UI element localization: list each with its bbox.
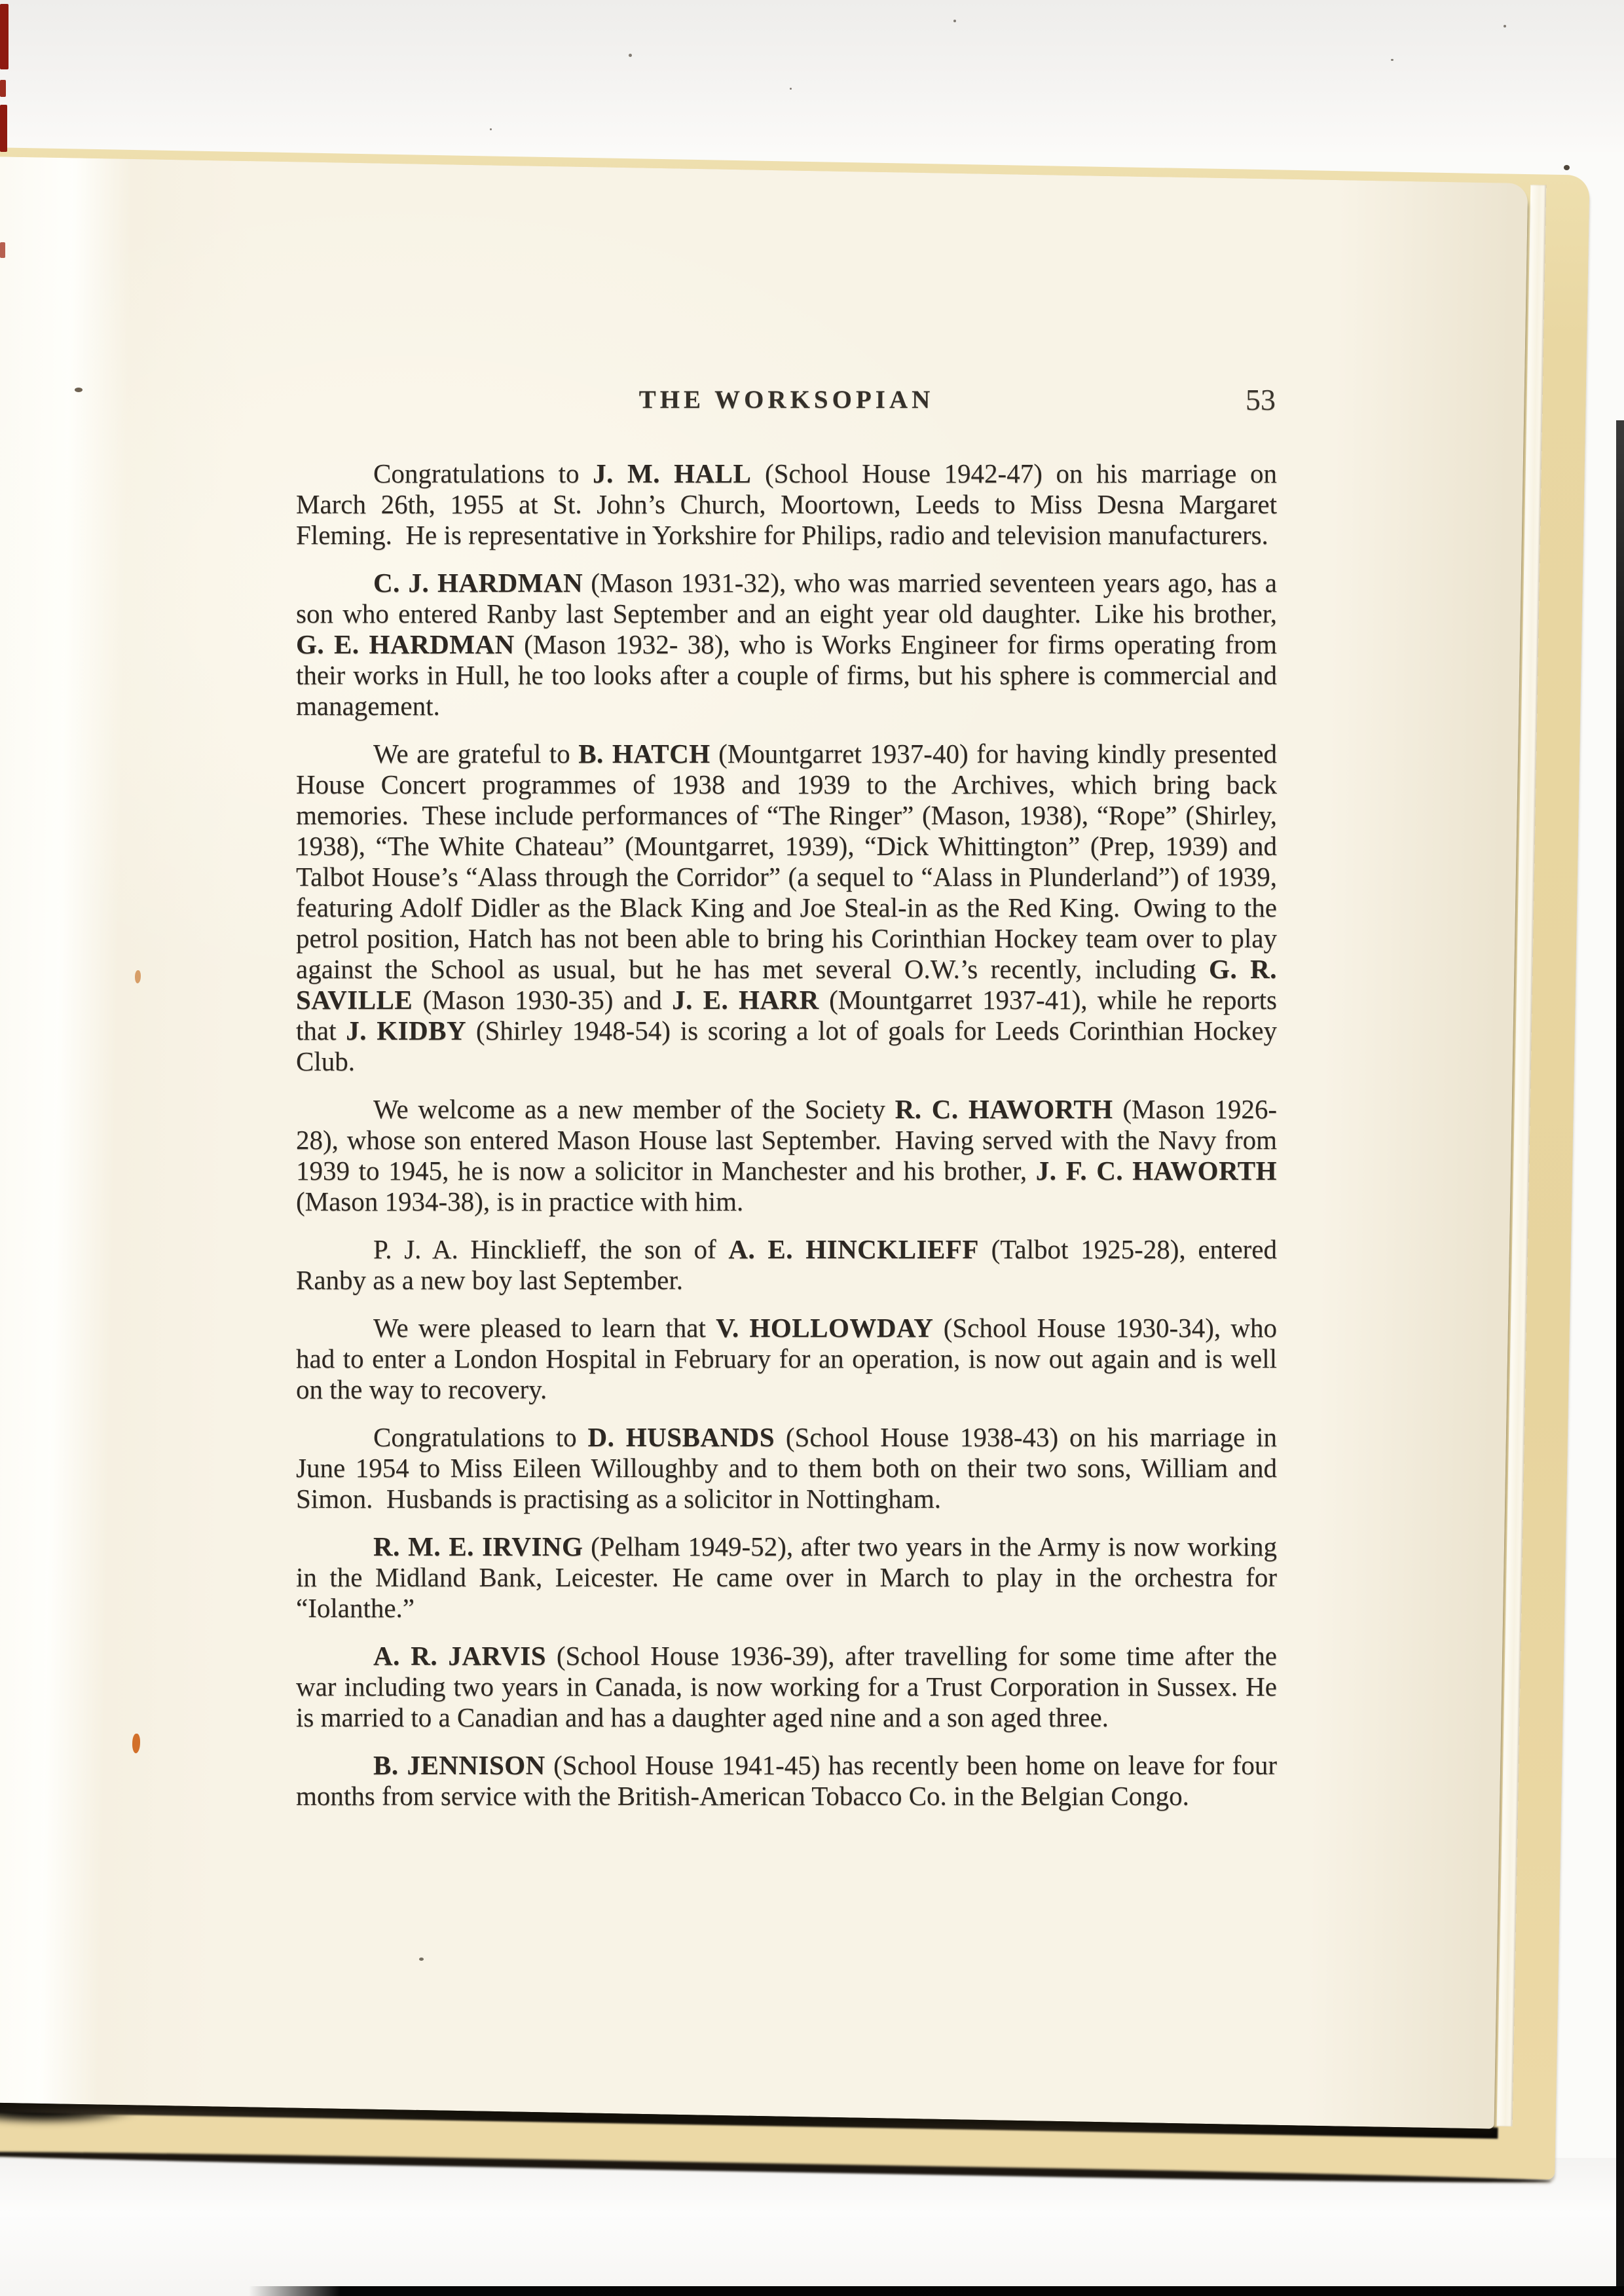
news-paragraph: We welcome as a new member of the Societ… xyxy=(296,1094,1277,1217)
paragraph-text: We were pleased to learn that xyxy=(373,1313,716,1343)
old-worksopian-name: V. HOLLOWDAY xyxy=(716,1313,933,1343)
scan-right-edge xyxy=(1616,420,1624,2296)
dust-speck xyxy=(629,54,632,57)
old-worksopian-name: J. M. HALL xyxy=(593,458,751,488)
dust-speck xyxy=(490,128,492,130)
scan-bottom-edge xyxy=(0,2286,1624,2296)
small-mark xyxy=(419,1958,424,1961)
running-head: THE WORKSOPIAN 53 xyxy=(296,385,1277,424)
news-paragraph: A. R. JARVIS (School House 1936-39), aft… xyxy=(296,1641,1277,1733)
news-paragraph: Congratulations to J. M. HALL (School Ho… xyxy=(296,458,1277,551)
ink-blot xyxy=(75,388,83,392)
old-worksopian-name: J. KIDBY xyxy=(346,1015,466,1046)
dust-speck xyxy=(953,20,956,22)
paragraph-text: Congratulations to xyxy=(373,1422,588,1452)
news-column: Congratulations to J. M. HALL (School Ho… xyxy=(296,458,1277,1829)
dust-speck xyxy=(1391,59,1393,61)
old-worksopian-name: B. JENNISON xyxy=(373,1750,545,1780)
news-paragraph: C. J. HARDMAN (Mason 1931-32), who was m… xyxy=(296,568,1277,721)
paragraph-text: We are grateful to xyxy=(373,738,578,769)
old-worksopian-name: J. E. HARR xyxy=(672,985,819,1015)
page-title: THE WORKSOPIAN xyxy=(296,385,1277,414)
news-paragraph: B. JENNISON (School House 1941-45) has r… xyxy=(296,1750,1277,1812)
news-paragraph: P. J. A. Hincklieff, the son of A. E. HI… xyxy=(296,1234,1277,1296)
old-worksopian-name: R. C. HAWORTH xyxy=(895,1094,1113,1124)
old-worksopian-name: A. E. HINCKLIEFF xyxy=(728,1234,979,1264)
dust-speck xyxy=(790,88,792,90)
old-worksopian-name: B. HATCH xyxy=(578,738,710,769)
paragraph-text: (Mason 1934-38), is in practice with him… xyxy=(296,1186,743,1216)
news-paragraph: We are grateful to B. HATCH (Mountgarret… xyxy=(296,738,1277,1077)
news-paragraph: Congratulations to D. HUSBANDS (School H… xyxy=(296,1422,1277,1514)
old-worksopian-name: A. R. JARVIS xyxy=(373,1641,546,1671)
cover-corner-damage-speck xyxy=(1564,165,1570,170)
paragraph-text: (Mason 1930-35) and xyxy=(413,985,672,1015)
old-worksopian-name: G. E. HARDMAN xyxy=(296,629,515,659)
old-worksopian-name: D. HUSBANDS xyxy=(588,1422,775,1452)
dust-speck xyxy=(1504,25,1506,27)
red-cover-mark xyxy=(0,242,5,258)
paragraph-text: (Mountgarret 1937-40) for having kindly … xyxy=(296,738,1277,984)
old-worksopian-name: J. F. C. HAWORTH xyxy=(1036,1156,1277,1186)
red-cover-mark xyxy=(0,80,6,97)
paragraph-text: Congratulations to xyxy=(373,458,593,488)
paragraph-text: P. J. A. Hincklieff, the son of xyxy=(373,1234,728,1264)
news-paragraph: R. M. E. IRVING (Pelham 1949-52), after … xyxy=(296,1531,1277,1624)
old-worksopian-name: C. J. HARDMAN xyxy=(373,568,583,598)
scanner-lid-background xyxy=(0,0,1624,152)
red-cover-mark xyxy=(0,4,9,69)
scanned-book-page: { "document": { "kind": "scanned magazin… xyxy=(0,0,1624,2296)
page-number: 53 xyxy=(1246,382,1276,417)
paragraph-text: We welcome as a new member of the Societ… xyxy=(373,1094,895,1124)
old-worksopian-name: R. M. E. IRVING xyxy=(373,1531,583,1561)
red-cover-mark xyxy=(0,105,7,152)
news-paragraph: We were pleased to learn that V. HOLLOWD… xyxy=(296,1313,1277,1405)
